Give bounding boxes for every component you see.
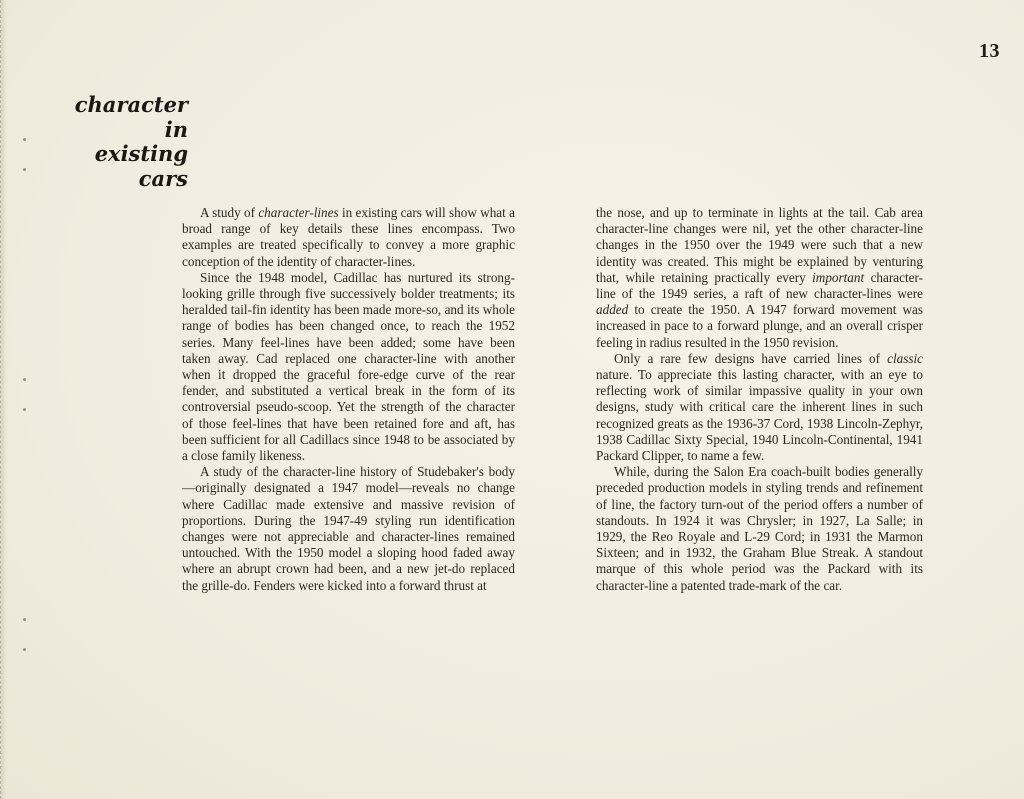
italic-term: important [812, 270, 864, 285]
binding-hole-icon [23, 648, 26, 651]
heading-line: existing [75, 142, 188, 167]
text-run: Only a rare few designs have carried lin… [614, 351, 887, 366]
binding-hole-icon [23, 138, 26, 141]
paragraph: the nose, and up to terminate in lights … [596, 205, 923, 351]
italic-term: classic [887, 351, 923, 366]
paragraph: While, during the Salon Era coach-built … [596, 464, 923, 594]
binding-hole-icon [23, 618, 26, 621]
text-run: A study of [200, 205, 258, 220]
paragraph: Only a rare few designs have carried lin… [596, 351, 923, 464]
section-heading: character in existing cars [75, 93, 188, 191]
italic-term: character-lines [258, 205, 338, 220]
text-run: nature. To appreciate this lasting chara… [596, 367, 923, 463]
italic-term: added [596, 302, 628, 317]
text-run: A study of the character-line history of… [182, 464, 515, 592]
paragraph: A study of character-lines in existing c… [182, 205, 515, 270]
page-spine-edge [0, 0, 7, 799]
heading-line: cars [75, 167, 188, 192]
page-number: 13 [979, 40, 1000, 63]
heading-line: character [75, 93, 188, 118]
heading-line: in [75, 118, 188, 143]
binding-hole-icon [23, 378, 26, 381]
book-page: 13 character in existing cars A study of… [0, 0, 1024, 799]
text-run: to create the 1950. A 1947 forward movem… [596, 302, 923, 349]
binding-hole-icon [23, 408, 26, 411]
paragraph: Since the 1948 model, Cadillac has nurtu… [182, 270, 515, 464]
text-column-left: A study of character-lines in existing c… [182, 205, 515, 594]
text-run: Since the 1948 model, Cadillac has nurtu… [182, 270, 515, 463]
paragraph: A study of the character-line history of… [182, 464, 515, 594]
text-run: While, during the Salon Era coach-built … [596, 464, 923, 592]
binding-hole-icon [23, 168, 26, 171]
text-column-right: the nose, and up to terminate in lights … [596, 205, 923, 594]
